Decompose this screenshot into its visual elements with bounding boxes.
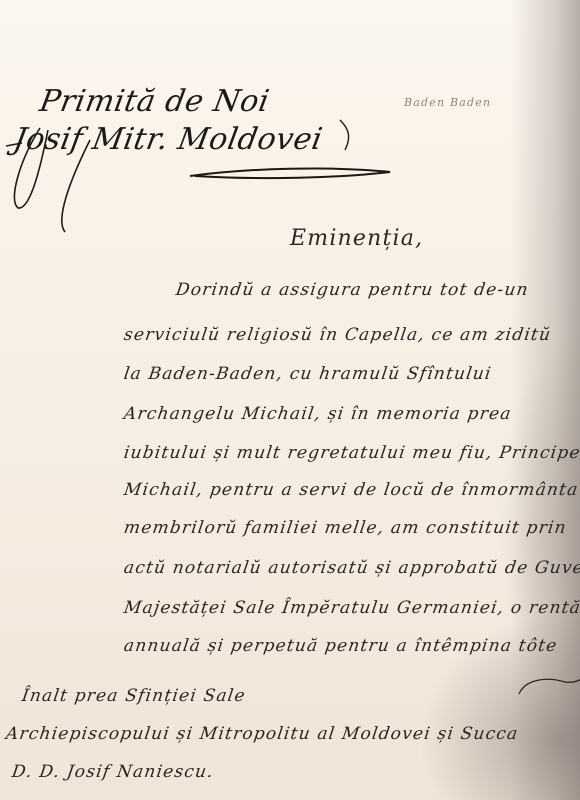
body-line: serviciulŭ religiosŭ în Capella, ce am z…	[123, 325, 553, 345]
address-line: Archiepiscopului și Mitropolitu al Moldo…	[5, 724, 520, 744]
signature-flourish-icon	[0, 0, 580, 260]
body-line: annuală și perpetuă pentru a întêmpina t…	[123, 636, 559, 656]
document-page: Baden Baden Primită de Noi Josif Mitr. M…	[0, 0, 580, 800]
body-line: la Baden-Baden, cu hramulŭ Sfîntului	[123, 364, 493, 384]
address-line: Înalt prea Sfinției Sale	[21, 686, 247, 706]
closing-flourish-icon	[515, 668, 580, 698]
salutation: Eminenția,	[290, 226, 423, 251]
body-line: iubitului și mult regretatului meu fiu, …	[123, 443, 580, 463]
body-line: Michail, pentru a servi de locŭ de înmor…	[123, 480, 580, 500]
body-line: Dorindŭ a assigura pentru tot de-un	[175, 280, 531, 300]
address-line: D. D. Josif Naniescu.	[11, 762, 216, 782]
body-line: Archangelu Michail, și în memoria prea	[123, 404, 513, 424]
body-line: Majestăței Sale Împĕratulu Germaniei, o …	[123, 598, 580, 618]
body-line: actŭ notarialŭ autorisatŭ și approbatŭ d…	[123, 558, 580, 578]
body-line: membrilorŭ familiei melle, am constituit…	[123, 518, 569, 538]
